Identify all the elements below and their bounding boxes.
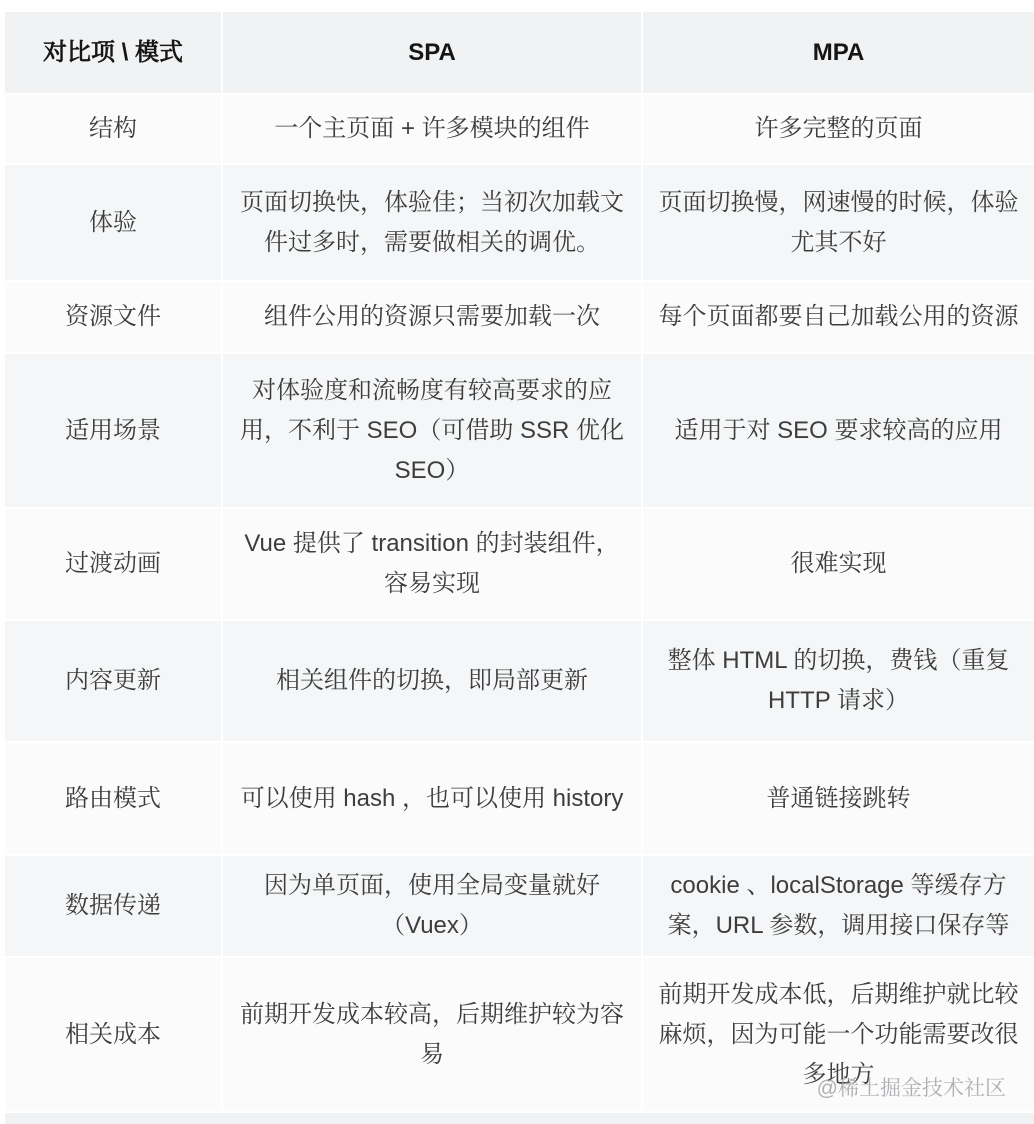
row-label: 适用场景 xyxy=(5,354,223,509)
row-label: 路由模式 xyxy=(5,743,223,856)
spa-cell: 因为单页面，使用全局变量就好（Vuex） xyxy=(223,856,643,958)
table-header-row: 对比项 \ 模式 SPA MPA xyxy=(5,12,1034,95)
table-row-structure: 结构 一个主页面 + 许多模块的组件 许多完整的页面 xyxy=(5,95,1034,165)
table-row-resource-files: 资源文件 组件公用的资源只需要加载一次 每个页面都要自己加载公用的资源 xyxy=(5,282,1034,354)
mpa-cell: 许多完整的页面 xyxy=(643,95,1034,165)
mpa-cell: 页面切换慢，网速慢的时候，体验尤其不好 xyxy=(643,165,1034,282)
table-row-routing-mode: 路由模式 可以使用 hash ，也可以使用 history 普通链接跳转 xyxy=(5,743,1034,856)
spa-mpa-comparison-page: 对比项 \ 模式 SPA MPA 结构 一个主页面 + 许多模块的组件 许多完整… xyxy=(0,0,1034,1124)
row-label: 资源文件 xyxy=(5,282,223,354)
table-row-transition-animation: 过渡动画 Vue 提供了 transition 的封装组件，容易实现 很难实现 xyxy=(5,509,1034,621)
header-cell-compare-item: 对比项 \ 模式 xyxy=(5,12,223,95)
header-cell-spa: SPA xyxy=(223,12,643,95)
header-cell-mpa: MPA xyxy=(643,12,1034,95)
mpa-cell: 普通链接跳转 xyxy=(643,743,1034,856)
spa-cell: 组件公用的资源只需要加载一次 xyxy=(223,282,643,354)
row-label: 数据传递 xyxy=(5,856,223,958)
table-row-related-cost: 相关成本 前期开发成本较高，后期维护较为容易 前期开发成本低，后期维护就比较麻烦… xyxy=(5,958,1034,1113)
row-label: 结构 xyxy=(5,95,223,165)
spa-cell: 相关组件的切换，即局部更新 xyxy=(223,621,643,743)
mpa-cell: cookie 、localStorage 等缓存方案，URL 参数，调用接口保存… xyxy=(643,856,1034,958)
row-label: 相关成本 xyxy=(5,958,223,1113)
mpa-cell: 整体 HTML 的切换，费钱（重复 HTTP 请求） xyxy=(643,621,1034,743)
table-row-data-passing: 数据传递 因为单页面，使用全局变量就好（Vuex） cookie 、localS… xyxy=(5,856,1034,958)
spa-cell: 可以使用 hash ，也可以使用 history xyxy=(223,743,643,856)
mpa-cell: 前期开发成本低，后期维护就比较麻烦，因为可能一个功能需要改很多地方 xyxy=(643,958,1034,1113)
next-block-edge xyxy=(5,1113,1034,1124)
table-row-experience: 体验 页面切换快，体验佳；当初次加载文件过多时，需要做相关的调优。 页面切换慢，… xyxy=(5,165,1034,282)
spa-cell: Vue 提供了 transition 的封装组件，容易实现 xyxy=(223,509,643,621)
spa-cell: 前期开发成本较高，后期维护较为容易 xyxy=(223,958,643,1113)
row-label: 过渡动画 xyxy=(5,509,223,621)
mpa-cell: 很难实现 xyxy=(643,509,1034,621)
spa-cell: 一个主页面 + 许多模块的组件 xyxy=(223,95,643,165)
row-label: 体验 xyxy=(5,165,223,282)
spa-cell: 页面切换快，体验佳；当初次加载文件过多时，需要做相关的调优。 xyxy=(223,165,643,282)
spa-cell: 对体验度和流畅度有较高要求的应用，不利于 SEO（可借助 SSR 优化 SEO） xyxy=(223,354,643,509)
table-row-content-update: 内容更新 相关组件的切换，即局部更新 整体 HTML 的切换，费钱（重复 HTT… xyxy=(5,621,1034,743)
mpa-cell: 适用于对 SEO 要求较高的应用 xyxy=(643,354,1034,509)
spa-mpa-comparison-table: 对比项 \ 模式 SPA MPA 结构 一个主页面 + 许多模块的组件 许多完整… xyxy=(5,12,1034,1113)
row-label: 内容更新 xyxy=(5,621,223,743)
table-row-use-cases: 适用场景 对体验度和流畅度有较高要求的应用，不利于 SEO（可借助 SSR 优化… xyxy=(5,354,1034,509)
mpa-cell: 每个页面都要自己加载公用的资源 xyxy=(643,282,1034,354)
